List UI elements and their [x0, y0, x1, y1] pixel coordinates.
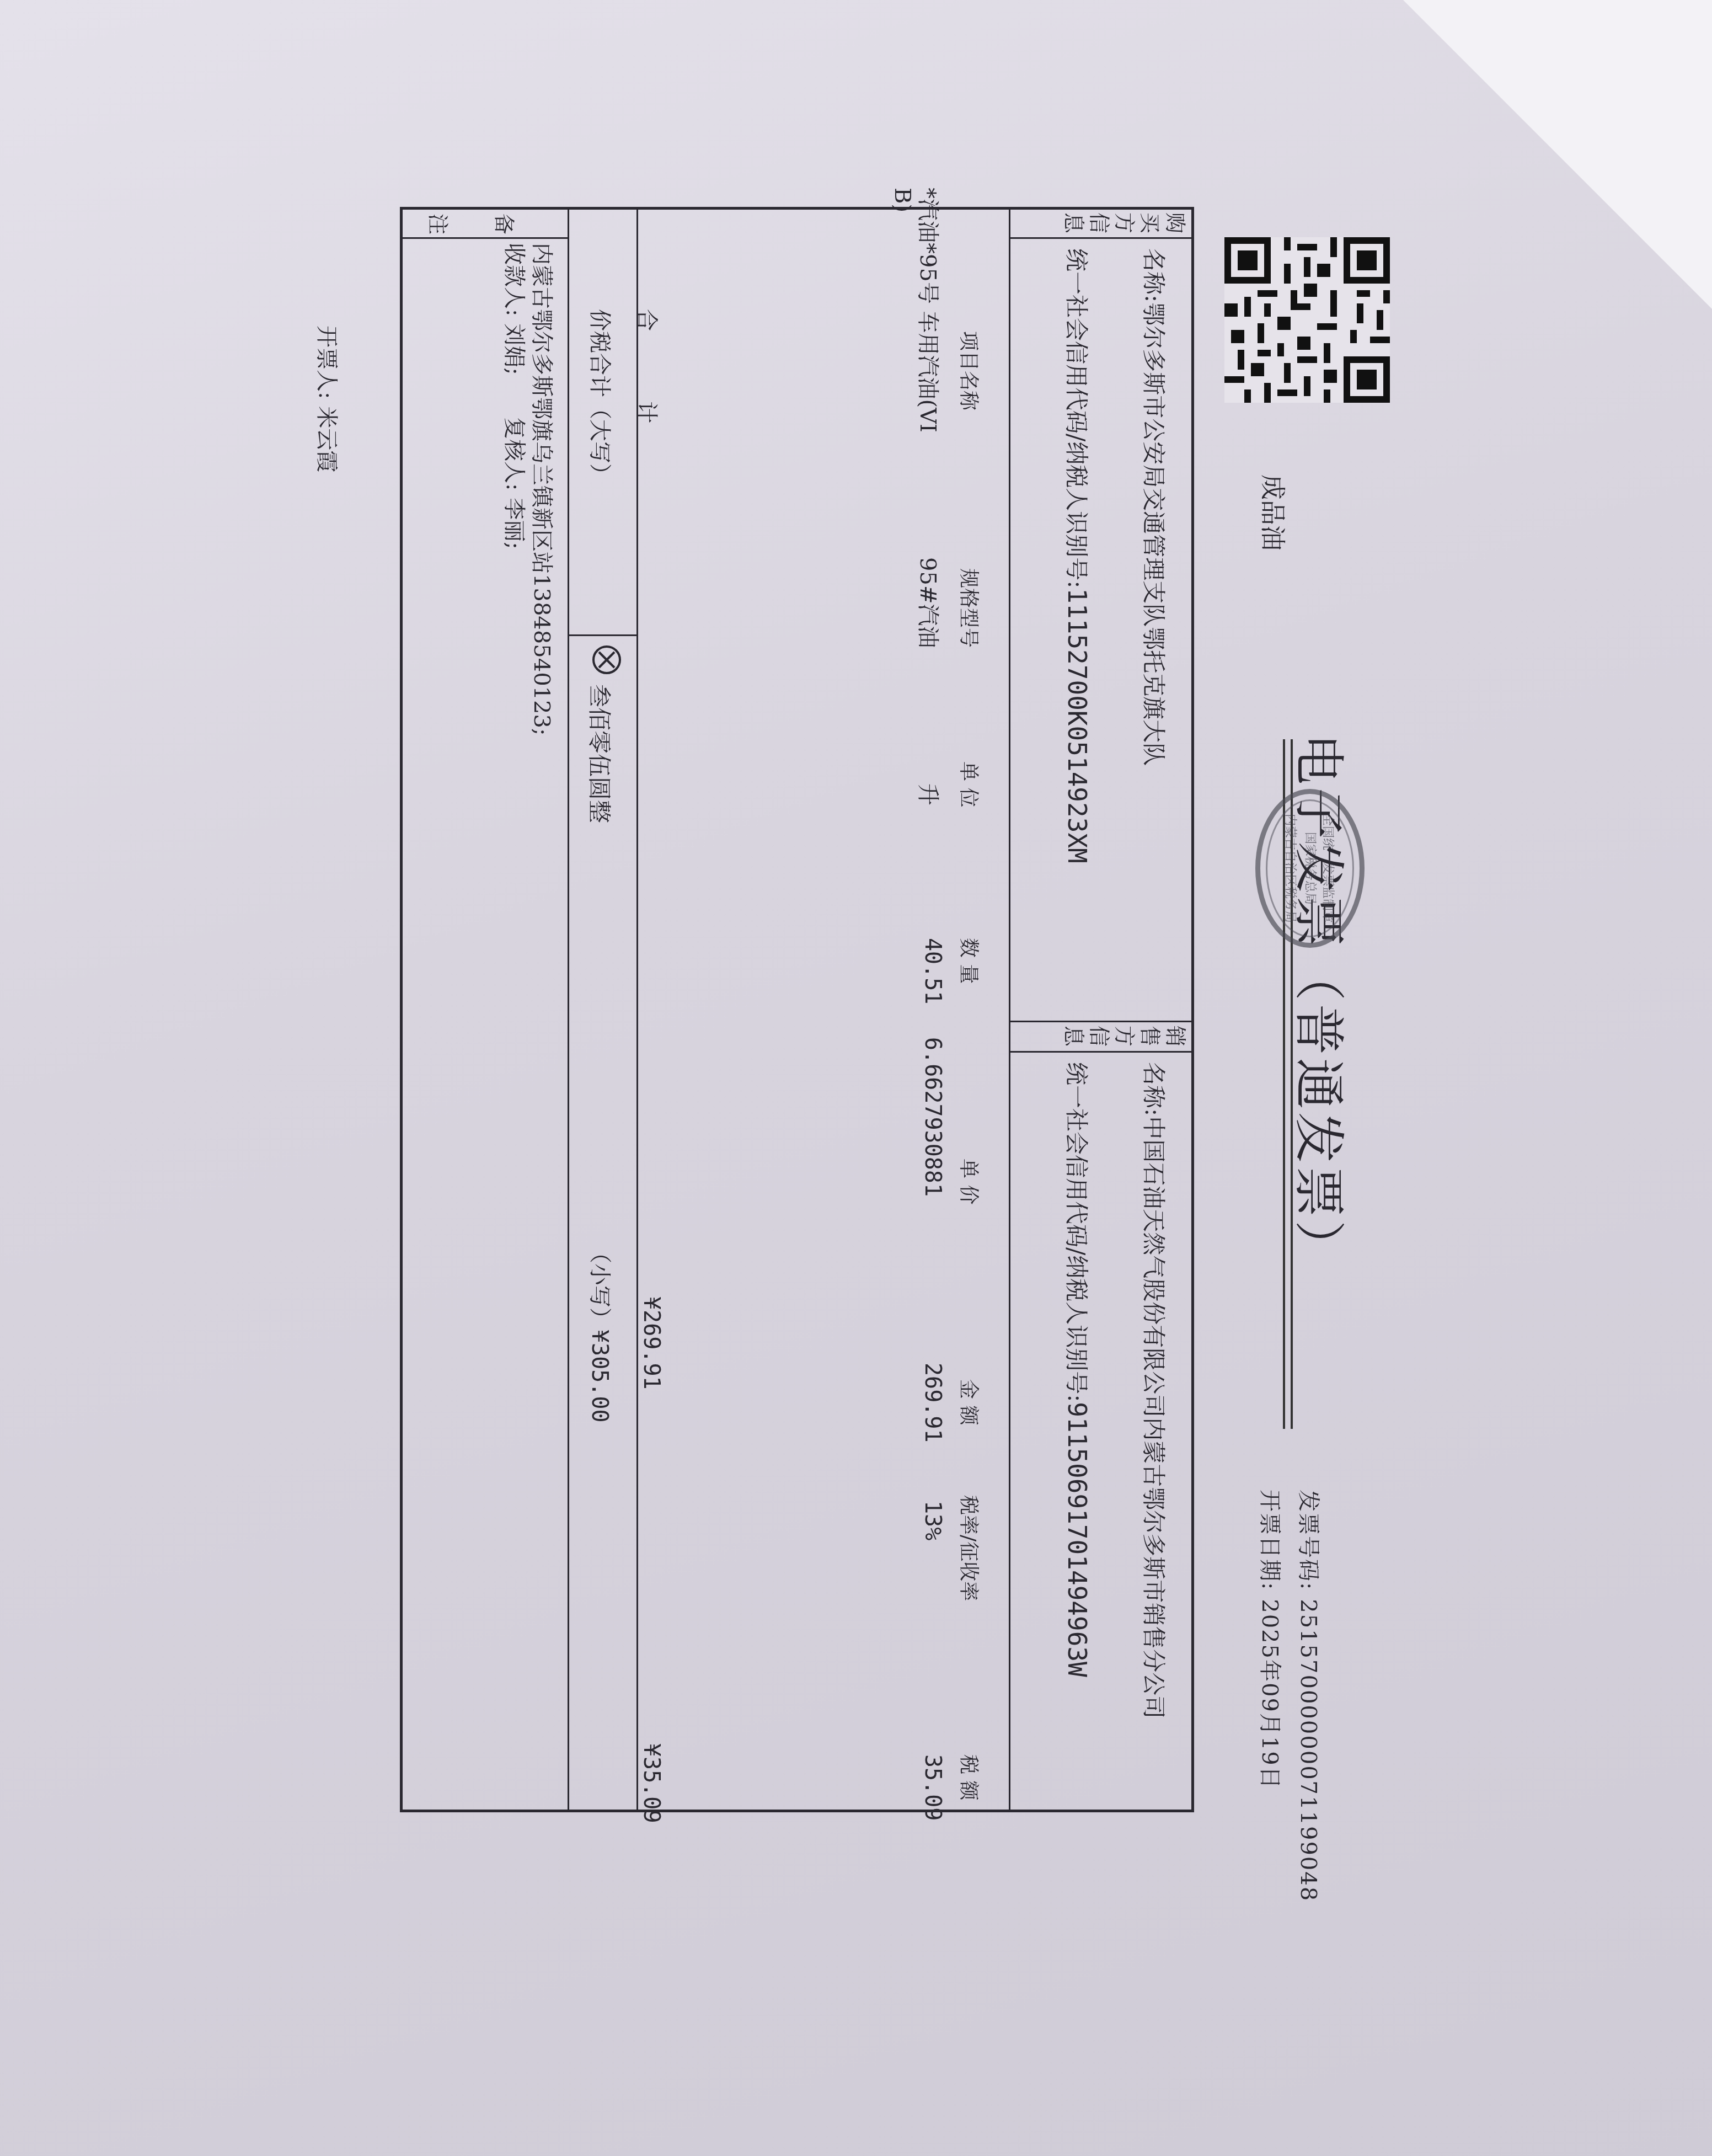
- item-unit: 升: [914, 783, 945, 805]
- tax-stamp: 全国统一发票监制章 国家税务总局 内蒙古自治区税务局: [1255, 789, 1365, 948]
- item-quantity: 40.51: [920, 938, 945, 1004]
- seller-name: 名称:中国石油天然气股份有限公司内蒙古鄂尔多斯市销售分公司: [1138, 1062, 1171, 1719]
- item-tax: 35.09: [920, 1754, 945, 1821]
- buyer-tax-id: 统一社会信用代码/纳税人识别号:11152700K0514923XM: [1061, 248, 1094, 863]
- grand-total-upper: 叁佰零伍圆整: [584, 684, 617, 823]
- item-name-continued: B): [890, 188, 915, 212]
- item-name: *汽油*95号 车用汽油(VI: [914, 188, 945, 433]
- col-header-unit: 单 位: [956, 761, 984, 807]
- grand-total-label: 价税合计（大写）: [586, 309, 617, 485]
- issue-date: 开票日期: 2025年09月19日: [1256, 1490, 1287, 1790]
- remarks-line2: 收款人: 刘娟; 复核人: 李丽;: [500, 243, 532, 549]
- col-header-quantity: 数 量: [956, 938, 984, 984]
- qr-code-icon: [1224, 237, 1390, 403]
- circled-x-icon: [592, 645, 621, 674]
- col-header-tax: 税 额: [956, 1754, 984, 1800]
- totals-amount: ¥269.91: [639, 1296, 664, 1390]
- item-spec: 95#汽油: [914, 557, 945, 648]
- col-header-unit-price: 单 价: [956, 1159, 984, 1204]
- category-label: 成品油: [1256, 474, 1293, 551]
- invoice-document: 成品油 电子发票（普通发票） 全国统一发票监制章 国家税务总局 内蒙古自治区税务…: [0, 0, 1712, 2156]
- col-header-tax-rate: 税率/征收率: [956, 1495, 984, 1601]
- col-header-amount: 金 额: [956, 1379, 984, 1425]
- totals-tax: ¥35.09: [639, 1743, 664, 1823]
- buyer-name: 名称:鄂尔多斯市公安局交通管理支队鄂托克旗大队: [1138, 248, 1171, 766]
- remarks-line1: 内蒙古鄂尔多斯鄂旗乌兰镇新区站13848540123;: [528, 243, 559, 735]
- seller-section-label: 销售方信息: [1061, 1024, 1188, 1048]
- item-amount: 269.91: [920, 1363, 945, 1443]
- grand-total-lower: （小写）¥305.00: [586, 1241, 617, 1423]
- remarks-label: 备注: [405, 212, 537, 236]
- invoice-number: 发票号码: 25157000000071199048: [1294, 1490, 1326, 1902]
- col-header-name: 项目名称: [956, 331, 984, 410]
- item-tax-rate: 13%: [920, 1501, 945, 1540]
- buyer-section-label: 购买方信息: [1061, 211, 1188, 235]
- issuer: 开票人: 米云霞: [313, 325, 344, 472]
- seller-tax-id: 统一社会信用代码/纳税人识别号:91150691701494963W: [1061, 1062, 1094, 1677]
- col-header-spec: 规格型号: [956, 568, 984, 648]
- item-unit-price: 6.6627930881: [920, 1037, 945, 1197]
